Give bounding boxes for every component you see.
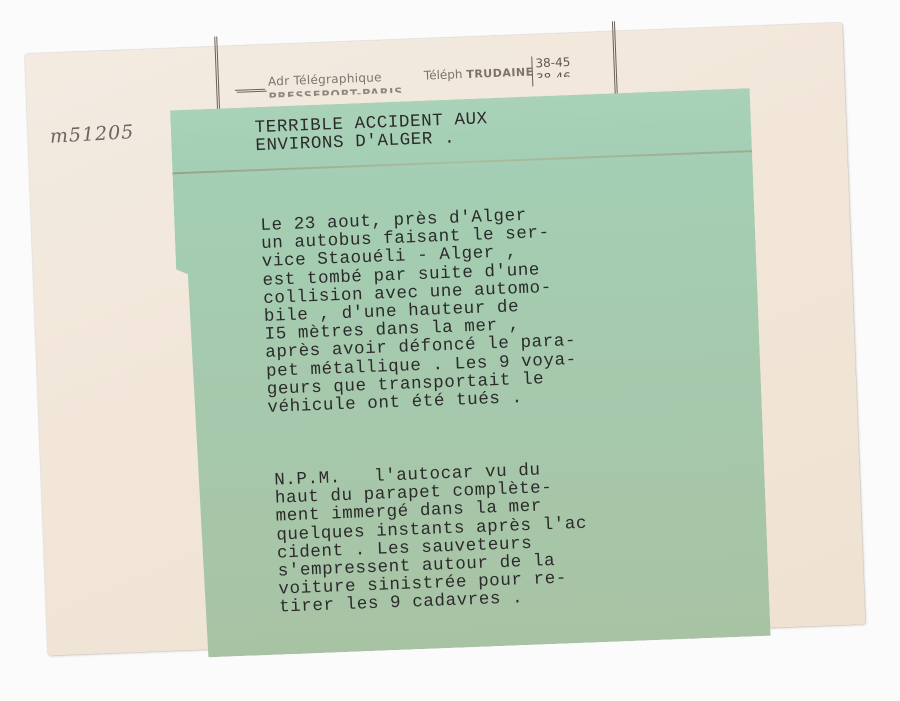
caption-paragraph-2: N.P.M. l'autocar vu duhaut du parapet co…: [274, 460, 590, 617]
phone-exchange: TRUDAINE: [466, 65, 534, 81]
phone-numbers: 38-45 38-46: [531, 55, 571, 86]
phone-number-2: 38-46: [536, 70, 571, 86]
caption-paragraph-1: Le 23 aout, près d'Algerun autobus faisa…: [260, 205, 578, 417]
typewritten-caption-slip: TERRIBLE ACCIDENT AUXENVIRONS D'ALGER . …: [170, 88, 771, 658]
phone-number-1: 38-45: [535, 55, 570, 70]
phone-label: Téléph: [424, 67, 463, 82]
caption-title: TERRIBLE ACCIDENT AUXENVIRONS D'ALGER .: [254, 110, 488, 155]
photo-caption-card: m51205 Adr Télégraphique PRESSEPORT-PARI…: [25, 23, 866, 656]
handwritten-reference-number: m51205: [49, 121, 135, 148]
